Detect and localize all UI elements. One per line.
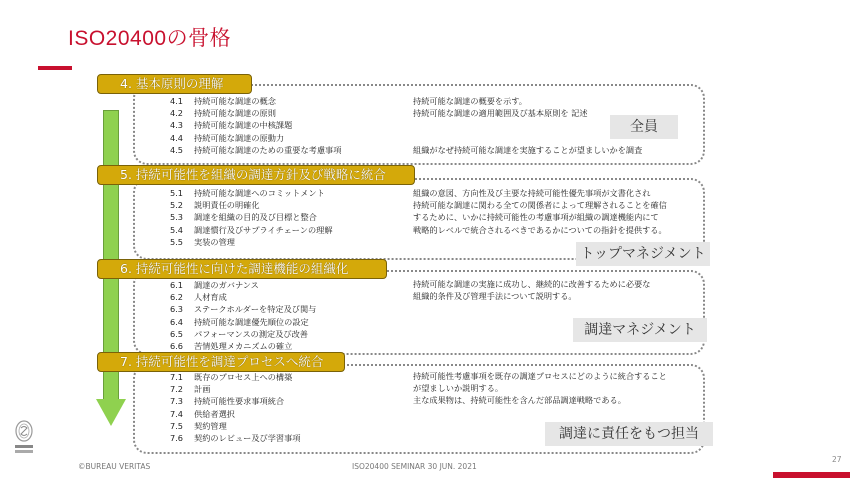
list-item: 6.5パフォーマンスの測定及び改善 (170, 328, 316, 340)
list-item: 4.1持続可能な調達の概念 (170, 95, 341, 107)
list-item: 4.2持続可能な調達の原則 (170, 107, 341, 119)
list-item: 6.3ステークホルダーを特定及び関与 (170, 303, 316, 315)
list-item: 5.3調達を組織の目的及び目標と整合 (170, 211, 333, 223)
section-5-header: 5. 持続可能性を組織の調達方針及び戦略に統合 (97, 165, 415, 185)
role-label: 調達に責任をもつ担当 (545, 422, 713, 446)
section-5-description: 組織の意図、方向性及び主要な持続可能性優先事項が文書化され 持続可能な調達に関わ… (413, 187, 667, 236)
section-7-header: 7. 持続可能性を調達プロセスへ統合 (97, 352, 345, 372)
list-item: 6.2人材育成 (170, 291, 316, 303)
list-item: 4.3持続可能な調達の中核課題 (170, 119, 341, 131)
list-item: 6.1調達のガバナンス (170, 279, 316, 291)
section-7-description: 持続可能性考慮事項を既存の調達プロセスにどのように統合すること が望ましいか説明… (413, 370, 667, 407)
list-item: 7.4供給者選択 (170, 408, 300, 420)
event-text: ISO20400 SEMINAR 30 JUN. 2021 (352, 462, 477, 471)
list-item: 5.4調達慣行及びサプライチェーンの理解 (170, 224, 333, 236)
list-item: 6.6苦情処理メカニズムの確立 (170, 340, 316, 352)
list-item: 4.4持続可能な調達の原動力 (170, 132, 341, 144)
list-item: 5.1持続可能な調達へのコミットメント (170, 187, 333, 199)
section-4-description: 持続可能な調達の概要を示す。 持続可能な調達の適用範囲及び基本原則を 記述 組織… (413, 95, 642, 156)
list-item: 7.2計画 (170, 383, 300, 395)
section-6-header: 6. 持続可能性に向けた調達機能の組織化 (97, 259, 387, 279)
list-item: 7.5契約管理 (170, 420, 300, 432)
footer-accent-bar (773, 472, 850, 478)
page-number: 27 (832, 455, 842, 464)
section-7-items: 7.1既存のプロセス上への構築 7.2計画 7.3持続可能性要求事項統合 7.4… (170, 371, 300, 444)
role-label: 全員 (610, 115, 678, 139)
section-6-items: 6.1調達のガバナンス 6.2人材育成 6.3ステークホルダーを特定及び関与 6… (170, 279, 316, 352)
arrow-down-icon (96, 399, 126, 426)
section-4-header: 4. 基本原則の理解 (97, 74, 252, 94)
role-label: 調達マネジメント (573, 318, 707, 342)
slide-title: ISO20400の骨格 (68, 22, 231, 52)
copyright-text: ©BUREAU VERITAS (78, 462, 150, 471)
list-item: 6.4持続可能な調達優先順位の設定 (170, 316, 316, 328)
role-label: トップマネジメント (576, 242, 710, 266)
list-item: 7.3持続可能性要求事項統合 (170, 395, 300, 407)
section-6-description: 持続可能な調達の実施に成功し、継続的に改善するために必要な 組織的条件及び管理手… (413, 278, 650, 302)
section-4-items: 4.1持続可能な調達の概念 4.2持続可能な調達の原則 4.3持続可能な調達の中… (170, 95, 341, 156)
list-item: 7.6契約のレビュー及び学習事項 (170, 432, 300, 444)
list-item: 7.1既存のプロセス上への構築 (170, 371, 300, 383)
section-5-items: 5.1持続可能な調達へのコミットメント 5.2説明責任の明確化 5.3調達を組織… (170, 187, 333, 248)
list-item: 5.2説明責任の明確化 (170, 199, 333, 211)
list-item: 5.5実装の管理 (170, 236, 333, 248)
title-underline (38, 66, 72, 70)
bureau-veritas-logo (14, 420, 34, 458)
list-item: 4.5持続可能な調達のための重要な考慮事項 (170, 144, 341, 156)
